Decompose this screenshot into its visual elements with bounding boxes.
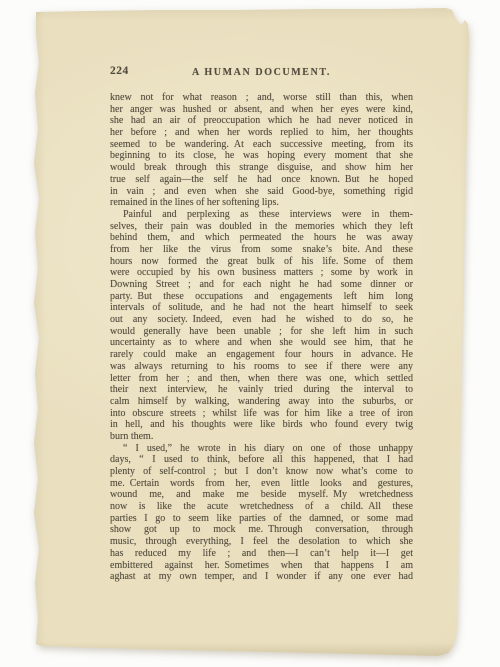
text-line: hours now formed the great bulk of his l… [110, 256, 413, 268]
text-line: seemed to be wandering. At each successi… [110, 139, 413, 151]
text-line: their next interview, he vainly tried du… [110, 384, 413, 396]
text-line: uncertainty as to where and when she wou… [110, 337, 413, 349]
text-line: has reduced my life ; and then—I can’t h… [110, 548, 413, 560]
text-line: “ I used,” he wrote in his diary on one … [110, 443, 413, 455]
text-line: her before ; and when her words replied … [110, 127, 413, 139]
text-line: from her like the virus from some snake’… [110, 244, 413, 256]
text-line: now is like the acute wretchedness of a … [110, 501, 413, 513]
text-line: burn them. [110, 431, 413, 443]
text-line: were occupied by his own business matter… [110, 267, 413, 279]
text-line: Downing Street ; and for each night he h… [110, 279, 413, 291]
text-line: letter from her ; and then, when there w… [110, 373, 413, 385]
text-line: her anger was hushed or absent, and when… [110, 104, 413, 116]
text-line: out any society. Indeed, even had he wis… [110, 314, 413, 326]
text-line: embittered against her. Sometimes when t… [110, 560, 413, 572]
text-line: in vain ; and even when she said Good-by… [110, 186, 413, 198]
book-page: 224 A HUMAN DOCUMENT. knew not for what … [30, 8, 474, 658]
text-line: true self again—the self he had once kno… [110, 174, 413, 186]
text-line: party. But these occupations and engagem… [110, 291, 413, 303]
text-line: days, “ I used to think, before all this… [110, 454, 413, 466]
text-line: calm himself by walking, wandering away … [110, 396, 413, 408]
running-title: A HUMAN DOCUMENT. [110, 67, 413, 78]
text-line: would generally have been unable ; for s… [110, 326, 413, 338]
text-line: rarely could make an engagement four hou… [110, 349, 413, 361]
text-line: knew not for what reason ; and, worse st… [110, 92, 413, 104]
text-line: would break through this strange disguis… [110, 162, 413, 174]
text-line: aghast at my own temper, and I wonder if… [110, 571, 413, 583]
text-line: into obscure streets ; whilst life was f… [110, 408, 413, 420]
paragraph: “ I used,” he wrote in his diary on one … [110, 443, 413, 583]
text-line: wound me, and make me beside myself. My … [110, 489, 413, 501]
text-line: remained in the lines of her softening l… [110, 197, 413, 209]
text-line: intervals of solitude, and he had not th… [110, 302, 413, 314]
text-line: show got up to mock me. Through conversa… [110, 524, 413, 536]
text-line: behind them, and which permeated the hou… [110, 232, 413, 244]
text-line: was always returning to his rooms to see… [110, 361, 413, 373]
page-header: 224 A HUMAN DOCUMENT. [110, 65, 413, 80]
text-line: music, through everything, I feel the de… [110, 536, 413, 548]
paragraph: Painful and perplexing as these intervie… [110, 209, 413, 443]
text-line: selves, their pain was doubled in the me… [110, 221, 413, 233]
page-text: knew not for what reason ; and, worse st… [110, 92, 413, 583]
text-line: she had an air of preoccupation which he… [110, 115, 413, 127]
text-line: parties I go to seem like parties of the… [110, 513, 413, 525]
paragraph: knew not for what reason ; and, worse st… [110, 92, 413, 209]
text-line: in hell, and his thoughts were like bird… [110, 419, 413, 431]
scan-backdrop: 224 A HUMAN DOCUMENT. knew not for what … [0, 0, 500, 667]
text-line: me. Certain words from her, even little … [110, 478, 413, 490]
page-shadow: 224 A HUMAN DOCUMENT. knew not for what … [0, 0, 500, 667]
text-line: plenty of self-control ; but I don’t kno… [110, 466, 413, 478]
text-line: beginning to its close, he was hoping ev… [110, 150, 413, 162]
text-line: Painful and perplexing as these intervie… [110, 209, 413, 221]
